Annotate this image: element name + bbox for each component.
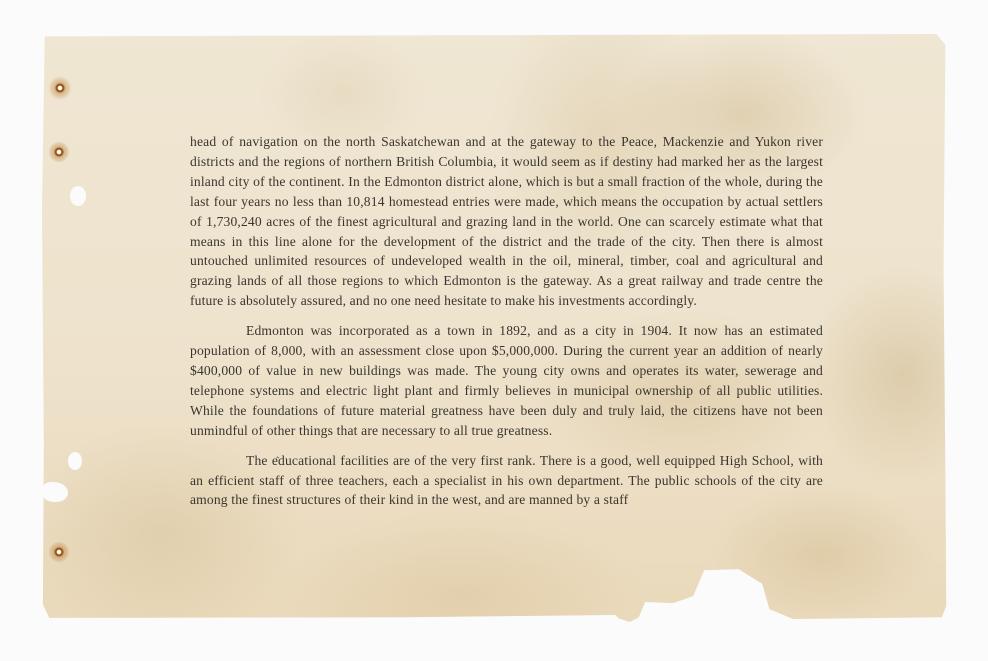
paragraph-education: The educational facilities are of the ve… [190, 451, 823, 511]
punch-hole-2 [68, 452, 82, 470]
paragraph-incorporation: Edmonton was incorporated as a town in 1… [190, 321, 823, 440]
handwritten-caret-mark: ‸ [276, 448, 279, 459]
document-body: head of navigation on the north Saskatch… [190, 132, 823, 520]
paragraph-navigation: head of navigation on the north Saskatch… [190, 132, 823, 311]
rust-hole-top [48, 76, 72, 100]
punch-hole-1 [70, 186, 86, 206]
rust-hole-bottom [49, 542, 69, 562]
tear-hole-left [42, 482, 68, 502]
rust-hole-upper [49, 142, 69, 162]
